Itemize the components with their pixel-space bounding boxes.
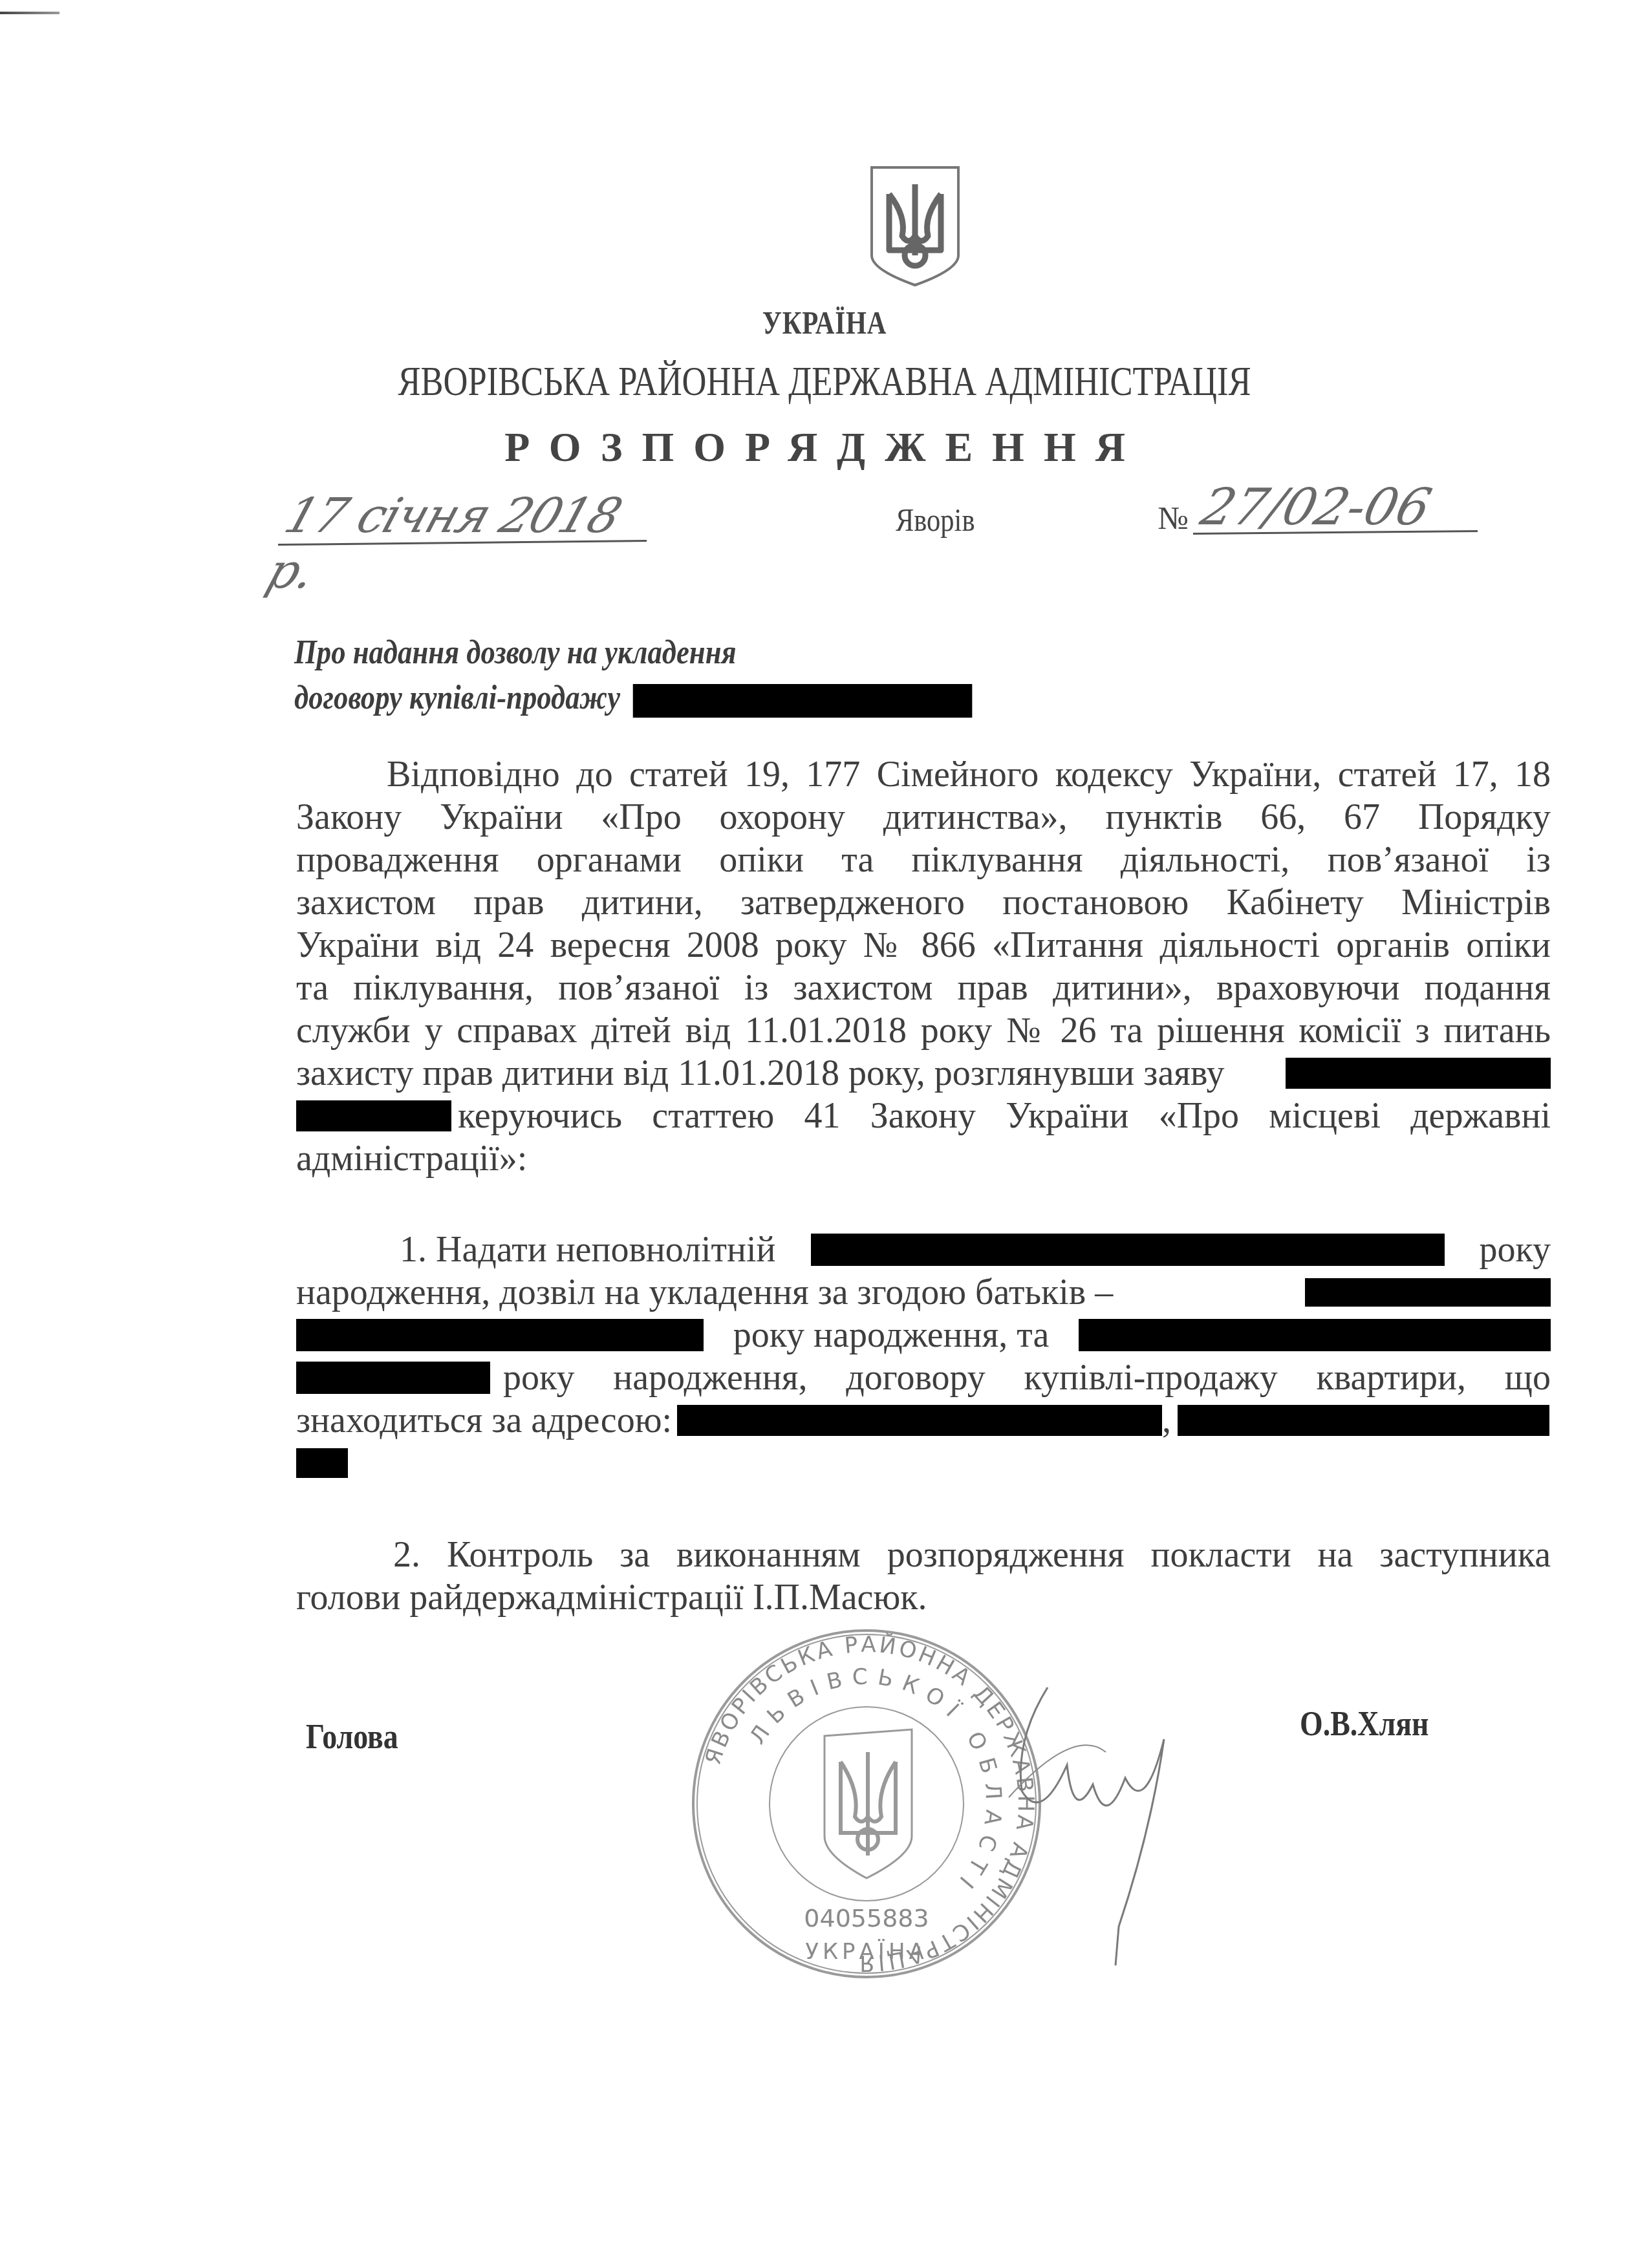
document-type-heading: РОЗПОРЯДЖЕННЯ bbox=[0, 423, 1649, 471]
svg-text:ЛЬВІВСЬКОЇ ОБЛАСТІ: ЛЬВІВСЬКОЇ ОБЛАСТІ bbox=[745, 1664, 1007, 1900]
preamble-line: провадження органами опіки та піклування… bbox=[296, 839, 1551, 881]
authority-heading: ЯВОРІВСЬКА РАЙОННА ДЕРЖАВНА АДМІНІСТРАЦІ… bbox=[149, 358, 1501, 405]
signatory-name: О.В.Хлян bbox=[1300, 1704, 1428, 1744]
redaction-block bbox=[1305, 1278, 1551, 1307]
official-stamp: ЯВОРІВСЬКА РАЙОННА ДЕРЖАВНА АДМІНІСТРАЦІ… bbox=[685, 1623, 1048, 1985]
item-line: народження, дозвіл на укладення за згодо… bbox=[296, 1271, 1551, 1314]
preamble-line: адміністрації»: bbox=[296, 1137, 1551, 1180]
subject-line-2: договору купівлі-продажу bbox=[294, 676, 972, 721]
scan-artifact-line bbox=[0, 12, 59, 14]
redaction-block bbox=[677, 1405, 1162, 1436]
redaction-block bbox=[1079, 1319, 1551, 1351]
ukraine-trident-icon bbox=[867, 158, 964, 288]
redaction-block bbox=[633, 684, 973, 718]
city-label: Яворів bbox=[896, 501, 975, 539]
signatory-title: Голова bbox=[306, 1717, 398, 1757]
redaction-block bbox=[296, 1362, 490, 1394]
item-2-paragraph: 2. Контроль за виконанням розпорядження … bbox=[296, 1534, 1551, 1619]
preamble-line: захисту прав дитини від 11.01.2018 року,… bbox=[296, 1052, 1551, 1095]
redaction-block bbox=[296, 1319, 704, 1351]
handwritten-number: 27/02-06 bbox=[1195, 478, 1438, 537]
preamble-line: Закону України «Про охорону дитинства», … bbox=[296, 796, 1551, 839]
item-line bbox=[296, 1442, 1551, 1484]
redaction-block bbox=[296, 1448, 348, 1478]
preamble-paragraph: Відповідно до статей 19, 177 Сімейного к… bbox=[296, 753, 1551, 1180]
preamble-line: служби у справах дітей від 11.01.2018 ро… bbox=[296, 1009, 1551, 1052]
preamble-line: України від 24 вересня 2008 року № 866 «… bbox=[296, 924, 1551, 967]
item-line: року народження, договору купівлі-продаж… bbox=[296, 1356, 1551, 1399]
country-heading: УКРАЇНА bbox=[149, 304, 1501, 341]
item-line: 2. Контроль за виконанням розпорядження … bbox=[296, 1534, 1551, 1576]
preamble-line: керуючись статтею 41 Закону України «Про… bbox=[296, 1095, 1551, 1137]
preamble-line: Відповідно до статей 19, 177 Сімейного к… bbox=[296, 753, 1551, 796]
subject-heading: Про надання дозволу на укладення договор… bbox=[294, 630, 972, 721]
redaction-block bbox=[1286, 1058, 1551, 1089]
number-sign: № bbox=[1158, 499, 1189, 537]
redaction-block bbox=[811, 1234, 1445, 1266]
item-line: 1. Надати неповнолітній року bbox=[296, 1228, 1551, 1271]
item-line: голови райдержадміністрації І.П.Масюк. bbox=[296, 1576, 1551, 1619]
handwritten-signature bbox=[996, 1668, 1229, 1972]
item-line: року народження, та bbox=[296, 1314, 1551, 1356]
svg-text:04055883: 04055883 bbox=[804, 1904, 929, 1932]
subject-line-1: Про надання дозволу на укладення bbox=[294, 630, 972, 676]
redaction-block bbox=[296, 1100, 451, 1131]
item-1-paragraph: 1. Надати неповнолітній року народження,… bbox=[296, 1228, 1551, 1484]
preamble-line: захистом прав дитини, затвердженого пост… bbox=[296, 881, 1551, 924]
preamble-line: та піклування, пов’язаної із захистом пр… bbox=[296, 967, 1551, 1009]
svg-text:УКРАЇНА: УКРАЇНА bbox=[805, 1939, 927, 1965]
item-line: знаходиться за адресою: , bbox=[296, 1399, 1551, 1442]
stamp-trident-icon bbox=[824, 1729, 912, 1878]
redaction-block bbox=[1178, 1405, 1549, 1436]
